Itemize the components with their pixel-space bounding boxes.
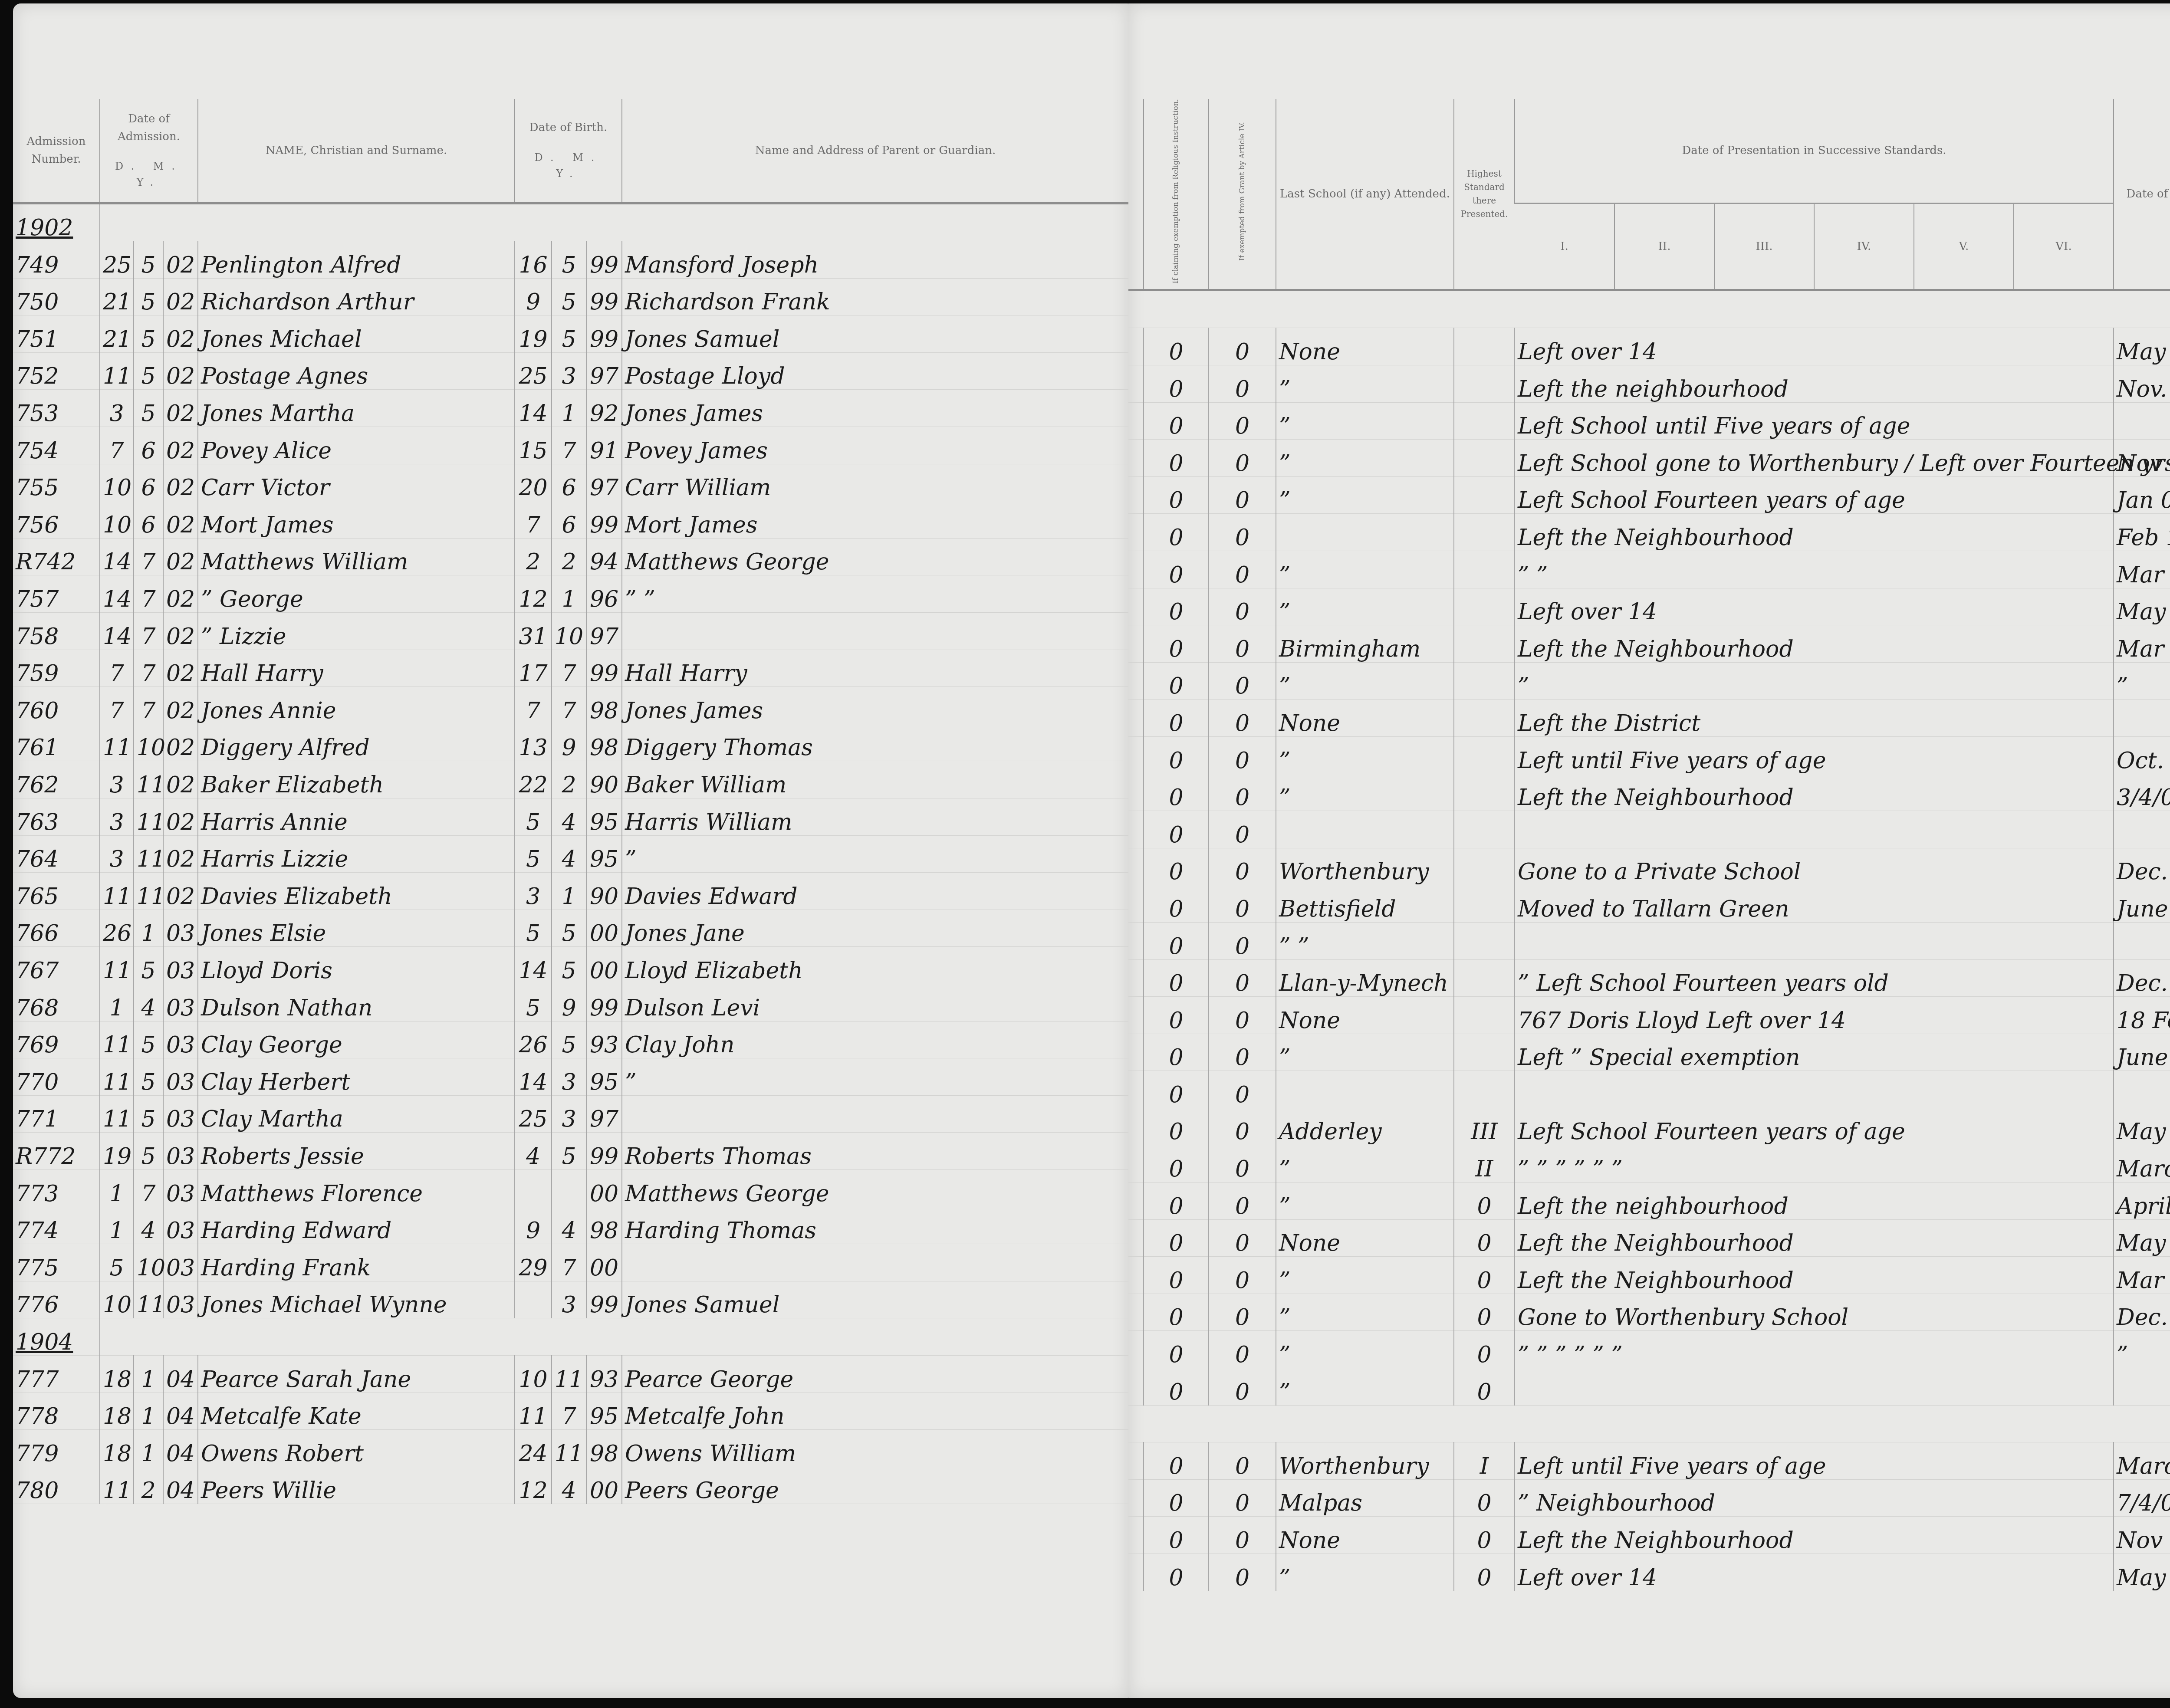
register-row: 00”0Gone to Worthenbury SchoolDec. 1903: [1128, 1294, 2170, 1331]
margin-cell: [1128, 1182, 1144, 1220]
date-of-leaving: March 19/09: [2114, 1145, 2170, 1182]
birth-year: 99: [586, 241, 622, 279]
leaving-remark: Left ” Special exemption: [1515, 1034, 2114, 1071]
birth-day: 16: [515, 241, 552, 279]
religious-exemption: 0: [1144, 365, 1209, 403]
date-of-leaving: Dec. 1903: [2114, 1294, 2170, 1331]
admission-year: 02: [163, 464, 198, 501]
admission-month: 7: [134, 650, 163, 687]
grant-exemption: 0: [1209, 997, 1276, 1034]
pupil-name: Carr Victor: [198, 464, 515, 501]
admission-number: 777: [13, 1355, 100, 1393]
admission-year: 03: [163, 910, 198, 947]
admission-number: 773: [13, 1169, 100, 1207]
empty-cell: [1128, 1405, 2170, 1442]
religious-exemption: 0: [1144, 551, 1209, 588]
birth-year: 00: [586, 1467, 622, 1504]
admission-day: 18: [100, 1393, 134, 1430]
col-religious-exemption: If claiming exemption from Religious Ins…: [1144, 99, 1209, 290]
date-of-leaving: ”: [2114, 1331, 2170, 1368]
pupil-name: Owens Robert: [198, 1430, 515, 1467]
grant-exemption: 0: [1209, 811, 1276, 848]
register-row: 76911503Clay George26593Clay John: [13, 1021, 1128, 1058]
register-row: 7731703Matthews Florence00Matthews Georg…: [13, 1169, 1128, 1207]
religious-exemption: 0: [1144, 1554, 1209, 1591]
birth-year: 95: [586, 835, 622, 873]
admission-year: 02: [163, 427, 198, 464]
admission-number: 758: [13, 613, 100, 650]
admission-year: 02: [163, 724, 198, 761]
admission-year: 03: [163, 1021, 198, 1058]
admission-year: 02: [163, 613, 198, 650]
highest-standard: 0: [1454, 1479, 1515, 1517]
admission-year: 03: [163, 984, 198, 1021]
admission-day: 10: [100, 1281, 134, 1318]
date-of-leaving: [2114, 1368, 2170, 1406]
register-row: 00”0: [1128, 1368, 2170, 1406]
leaving-remark: Left over 14: [1515, 1554, 2114, 1591]
highest-standard: 0: [1454, 1182, 1515, 1220]
religious-exemption: 0: [1144, 1145, 1209, 1182]
admission-month: 11: [134, 835, 163, 873]
last-school: Adderley: [1276, 1108, 1454, 1145]
parent-guardian: Baker William: [622, 761, 1128, 798]
admission-number: 760: [13, 687, 100, 724]
margin-cell: [1128, 1108, 1144, 1145]
register-left-table: Admission Number. Date of Admission.D. M…: [13, 99, 1128, 1504]
religious-exemption: 0: [1144, 736, 1209, 774]
register-row: 00”0Left over 14May /14: [1128, 1554, 2170, 1591]
admission-year: 02: [163, 352, 198, 390]
parent-guardian: Jones Jane: [622, 910, 1128, 947]
admission-month: 5: [134, 1058, 163, 1096]
birth-month: 5: [552, 278, 586, 315]
register-row: 00None0Left the NeighbourhoodMay 03: [1128, 1219, 2170, 1257]
col-standard-3: III.: [1714, 203, 1814, 290]
highest-standard: [1454, 588, 1515, 625]
register-row: 00NoneLeft over 14May 16/13: [1128, 328, 2170, 365]
date-of-leaving: [2114, 811, 2170, 848]
grant-exemption: 0: [1209, 1034, 1276, 1071]
admission-month: 11: [134, 873, 163, 910]
birth-day: 9: [515, 278, 552, 315]
empty-cell: [100, 1318, 1128, 1356]
register-row: 74925502Penlington Alfred16599Mansford J…: [13, 241, 1128, 279]
parent-guardian: ”: [622, 1058, 1128, 1096]
birth-day: 25: [515, 1095, 552, 1133]
empty-cell: [100, 203, 1128, 241]
birth-month: 4: [552, 1467, 586, 1504]
parent-guardian: Carr William: [622, 464, 1128, 501]
date-of-leaving: Feb 1903: [2114, 514, 2170, 551]
highest-standard: [1454, 440, 1515, 477]
admission-year: 04: [163, 1393, 198, 1430]
leaving-remark: [1515, 1368, 2114, 1406]
date-of-leaving: Mar 1905: [2114, 625, 2170, 663]
leaving-remark: Left the neighbourhood: [1515, 1182, 2114, 1220]
grant-exemption: 0: [1209, 1368, 1276, 1406]
admission-day: 11: [100, 352, 134, 390]
leaving-remark: Left until Five years of age: [1515, 1442, 2114, 1480]
admission-number: 771: [13, 1095, 100, 1133]
admission-year: 03: [163, 1244, 198, 1281]
admission-month: 5: [134, 390, 163, 427]
admission-number: 755: [13, 464, 100, 501]
grant-exemption: 0: [1209, 736, 1276, 774]
admission-month: 2: [134, 1467, 163, 1504]
col-standards: Date of Presentation in Successive Stand…: [1515, 99, 2114, 203]
highest-standard: [1454, 365, 1515, 403]
birth-year: 94: [586, 538, 622, 575]
birth-month: 3: [552, 1281, 586, 1318]
date-of-leaving: Nov 30, 06: [2114, 1517, 2170, 1554]
admission-day: 7: [100, 650, 134, 687]
pupil-name: Dulson Nathan: [198, 984, 515, 1021]
admission-day: 21: [100, 278, 134, 315]
last-school: None: [1276, 1219, 1454, 1257]
birth-day: 7: [515, 687, 552, 724]
birth-day: 15: [515, 427, 552, 464]
birth-month: 10: [552, 613, 586, 650]
birth-day: 2: [515, 538, 552, 575]
margin-cell: [1128, 774, 1144, 811]
grant-exemption: 0: [1209, 662, 1276, 700]
highest-standard: [1454, 662, 1515, 700]
pupil-name: Baker Elizabeth: [198, 761, 515, 798]
admission-day: 11: [100, 947, 134, 984]
margin-cell: [1128, 514, 1144, 551]
admission-day: 14: [100, 575, 134, 613]
admission-month: 1: [134, 910, 163, 947]
religious-exemption: 0: [1144, 1368, 1209, 1406]
last-school: ”: [1276, 476, 1454, 514]
religious-exemption: 0: [1144, 922, 1209, 959]
leaving-remark: Left the Neighbourhood: [1515, 774, 2114, 811]
admission-year: 03: [163, 1133, 198, 1170]
date-of-leaving: March 04: [2114, 1442, 2170, 1480]
admission-month: 7: [134, 613, 163, 650]
register-row: 00Malpas0” Neighbourhood7/4/08: [1128, 1479, 2170, 1517]
register-row: 7607702Jones Annie7798Jones James: [13, 687, 1128, 724]
margin-cell: [1128, 848, 1144, 885]
pupil-name: Metcalfe Kate: [198, 1393, 515, 1430]
date-of-leaving: Dec. 1905: [2114, 959, 2170, 997]
col-parent-guardian: Name and Address of Parent or Guardian.: [622, 99, 1128, 203]
register-row: 00WorthenburyILeft until Five years of a…: [1128, 1442, 2170, 1480]
parent-guardian: Mort James: [622, 501, 1128, 539]
admission-year: 02: [163, 873, 198, 910]
birth-day: 29: [515, 1244, 552, 1281]
date-of-leaving: Mar 1905: [2114, 1257, 2170, 1294]
birth-day: 22: [515, 761, 552, 798]
parent-guardian: [622, 613, 1128, 650]
margin-cell: [1128, 662, 1144, 700]
highest-standard: [1454, 811, 1515, 848]
register-row: 00None0Left the NeighbourhoodNov 30, 06: [1128, 1517, 2170, 1554]
register-row: 7533502Jones Martha14192Jones James: [13, 390, 1128, 427]
pupil-name: Jones Michael Wynne: [198, 1281, 515, 1318]
birth-year: 00: [586, 1169, 622, 1207]
date-of-leaving: May 07: [2114, 1108, 2170, 1145]
parent-guardian: Harris William: [622, 798, 1128, 836]
last-school: Llan-y-Mynech: [1276, 959, 1454, 997]
birth-day: 5: [515, 835, 552, 873]
leaving-remark: [1515, 811, 2114, 848]
last-school: None: [1276, 997, 1454, 1034]
birth-day: 14: [515, 390, 552, 427]
parent-guardian: [622, 1244, 1128, 1281]
admission-day: 14: [100, 613, 134, 650]
col-standard-5: V.: [1914, 203, 2014, 290]
birth-month: 11: [552, 1430, 586, 1467]
pupil-name: Jones Martha: [198, 390, 515, 427]
grant-exemption: 0: [1209, 1442, 1276, 1480]
col-margin: [1128, 99, 1144, 290]
register-row: 00: [1128, 1071, 2170, 1108]
admission-year: 02: [163, 835, 198, 873]
birth-day: 12: [515, 575, 552, 613]
admission-month: 6: [134, 427, 163, 464]
birth-month: 1: [552, 873, 586, 910]
leaving-remark: Left until Five years of age: [1515, 736, 2114, 774]
birth-month: 7: [552, 650, 586, 687]
last-school: [1276, 514, 1454, 551]
pupil-name: ” George: [198, 575, 515, 613]
admission-number: 780: [13, 1467, 100, 1504]
left-page: Admission Number. Date of Admission.D. M…: [13, 3, 1128, 1698]
highest-standard: [1454, 1034, 1515, 1071]
leaving-remark: Gone to Worthenbury School: [1515, 1294, 2114, 1331]
religious-exemption: 0: [1144, 811, 1209, 848]
birth-year: 97: [586, 1095, 622, 1133]
birth-year: 92: [586, 390, 622, 427]
pupil-name: Lloyd Doris: [198, 947, 515, 984]
pupil-name: Matthews Florence: [198, 1169, 515, 1207]
birth-month: 11: [552, 1355, 586, 1393]
register-row: 75714702” George12196” ”: [13, 575, 1128, 613]
birth-day: 10: [515, 1355, 552, 1393]
register-row: 7597702Hall Harry17799Hall Harry: [13, 650, 1128, 687]
register-row: 7681403Dulson Nathan5999Dulson Levi: [13, 984, 1128, 1021]
leaving-remark: Left the Neighbourhood: [1515, 514, 2114, 551]
register-row: 00”0Left the neighbourhoodApril 21/10: [1128, 1182, 2170, 1220]
margin-cell: [1128, 328, 1144, 365]
admission-month: 1: [134, 1355, 163, 1393]
admission-month: 6: [134, 464, 163, 501]
birth-day: 26: [515, 1021, 552, 1058]
last-school: ”: [1276, 1145, 1454, 1182]
highest-standard: 0: [1454, 1219, 1515, 1257]
birth-month: 3: [552, 1058, 586, 1096]
parent-guardian: Dulson Levi: [622, 984, 1128, 1021]
register-row: 00”Left School gone to Worthenbury / Lef…: [1128, 440, 2170, 477]
pupil-name: Mort James: [198, 501, 515, 539]
admission-number: R772: [13, 1133, 100, 1170]
religious-exemption: 0: [1144, 328, 1209, 365]
admission-month: 7: [134, 1169, 163, 1207]
highest-standard: 0: [1454, 1368, 1515, 1406]
parent-guardian: Metcalfe John: [622, 1393, 1128, 1430]
last-school: ”: [1276, 402, 1454, 440]
admission-year: 02: [163, 501, 198, 539]
birth-day: 17: [515, 650, 552, 687]
admission-day: 7: [100, 687, 134, 724]
admission-number: 752: [13, 352, 100, 390]
religious-exemption: 0: [1144, 476, 1209, 514]
margin-cell: [1128, 402, 1144, 440]
religious-exemption: 0: [1144, 848, 1209, 885]
birth-month: 5: [552, 241, 586, 279]
register-row: 78011204Peers Willie12400Peers George: [13, 1467, 1128, 1504]
last-school: ”: [1276, 588, 1454, 625]
highest-standard: 0: [1454, 1517, 1515, 1554]
margin-cell: [1128, 736, 1144, 774]
admission-month: 1: [134, 1393, 163, 1430]
admission-number: 768: [13, 984, 100, 1021]
margin-cell: [1128, 811, 1144, 848]
admission-day: 11: [100, 1095, 134, 1133]
margin-cell: [1128, 1034, 1144, 1071]
margin-cell: [1128, 1294, 1144, 1331]
leaving-remark: 767 Doris Lloyd Left over 14: [1515, 997, 2114, 1034]
leaving-remark: Left School Fourteen years of age: [1515, 476, 2114, 514]
religious-exemption: 0: [1144, 997, 1209, 1034]
admission-number: 770: [13, 1058, 100, 1096]
admission-month: 4: [134, 984, 163, 1021]
leaving-remark: ” Neighbourhood: [1515, 1479, 2114, 1517]
birth-month: 5: [552, 947, 586, 984]
last-school: None: [1276, 1517, 1454, 1554]
admission-number: 766: [13, 910, 100, 947]
margin-cell: [1128, 365, 1144, 403]
birth-month: 3: [552, 352, 586, 390]
leaving-remark: Left the Neighbourhood: [1515, 1257, 2114, 1294]
admission-day: 1: [100, 984, 134, 1021]
register-row: 00”””: [1128, 662, 2170, 700]
empty-cell: [1128, 290, 2170, 328]
religious-exemption: 0: [1144, 1257, 1209, 1294]
admission-number: 762: [13, 761, 100, 798]
grant-exemption: 0: [1209, 1257, 1276, 1294]
register-row: 00: [1128, 811, 2170, 848]
register-row: 00” ”: [1128, 922, 2170, 959]
pupil-name: Penlington Alfred: [198, 241, 515, 279]
last-school: ”: [1276, 736, 1454, 774]
date-of-leaving: [2114, 700, 2170, 737]
admission-number: 761: [13, 724, 100, 761]
birth-day: 5: [515, 910, 552, 947]
parent-guardian: Diggery Thomas: [622, 724, 1128, 761]
register-row: 00”Left School Fourteen years of ageJan …: [1128, 476, 2170, 514]
last-school: ”: [1276, 551, 1454, 588]
pupil-name: Povey Alice: [198, 427, 515, 464]
pupil-name: Diggery Alfred: [198, 724, 515, 761]
year-marker: 1904: [13, 1318, 100, 1356]
highest-standard: I: [1454, 1442, 1515, 1480]
year-marker: 1902: [13, 203, 100, 241]
admission-number: 753: [13, 390, 100, 427]
admission-day: 11: [100, 1021, 134, 1058]
margin-cell: [1128, 1368, 1144, 1406]
register-row: 77011503Clay Herbert14395”: [13, 1058, 1128, 1096]
pupil-name: Pearce Sarah Jane: [198, 1355, 515, 1393]
col-date-of-birth: Date of Birth.D. M. Y.: [515, 99, 622, 203]
register-row: 75814702” Lizzie311097: [13, 613, 1128, 650]
parent-guardian: Mansford Joseph: [622, 241, 1128, 279]
birth-day: [515, 1169, 552, 1207]
birth-year: 99: [586, 501, 622, 539]
margin-cell: [1128, 440, 1144, 477]
highest-standard: [1454, 700, 1515, 737]
grant-exemption: 0: [1209, 1108, 1276, 1145]
register-row: 00BirminghamLeft the NeighbourhoodMar 19…: [1128, 625, 2170, 663]
religious-exemption: 0: [1144, 625, 1209, 663]
parent-guardian: Clay John: [622, 1021, 1128, 1058]
last-school: None: [1276, 328, 1454, 365]
admission-day: 7: [100, 427, 134, 464]
religious-exemption: 0: [1144, 885, 1209, 923]
admission-month: 7: [134, 575, 163, 613]
register-row: 00BettisfieldMoved to Tallarn GreenJune …: [1128, 885, 2170, 923]
last-school: ”: [1276, 1331, 1454, 1368]
col-grant-exemption: If exempted from Grant by Article IV.: [1209, 99, 1276, 290]
pupil-name: Roberts Jessie: [198, 1133, 515, 1170]
admission-year: 03: [163, 1169, 198, 1207]
register-row: 76331102Harris Annie5495Harris William: [13, 798, 1128, 836]
highest-standard: [1454, 328, 1515, 365]
admission-year: 04: [163, 1355, 198, 1393]
grant-exemption: 0: [1209, 774, 1276, 811]
register-row: 75121502Jones Michael19599Jones Samuel: [13, 315, 1128, 353]
religious-exemption: 0: [1144, 1182, 1209, 1220]
margin-cell: [1128, 1479, 1144, 1517]
admission-day: 25: [100, 241, 134, 279]
pupil-name: Jones Michael: [198, 315, 515, 353]
admission-year: 02: [163, 315, 198, 353]
birth-month: 9: [552, 984, 586, 1021]
highest-standard: 0: [1454, 1331, 1515, 1368]
admission-number: 756: [13, 501, 100, 539]
parent-guardian: Jones James: [622, 390, 1128, 427]
admission-month: 5: [134, 1021, 163, 1058]
birth-month: 5: [552, 315, 586, 353]
margin-cell: [1128, 1145, 1144, 1182]
admission-year: 02: [163, 278, 198, 315]
leaving-remark: ” ” ” ” ” ”: [1515, 1331, 2114, 1368]
grant-exemption: 0: [1209, 1517, 1276, 1554]
birth-month: 2: [552, 538, 586, 575]
last-school: Bettisfield: [1276, 885, 1454, 923]
last-school: Malpas: [1276, 1479, 1454, 1517]
register-row: 77918104Owens Robert241198Owens William: [13, 1430, 1128, 1467]
religious-exemption: 0: [1144, 700, 1209, 737]
register-row: 00”Left School until Five years of age: [1128, 402, 2170, 440]
birth-day: 5: [515, 984, 552, 1021]
admission-number: 751: [13, 315, 100, 353]
birth-month: 9: [552, 724, 586, 761]
admission-number: 750: [13, 278, 100, 315]
register-row: 75610602Mort James7699Mort James: [13, 501, 1128, 539]
margin-cell: [1128, 625, 1144, 663]
register-row: 77818104Metcalfe Kate11795Metcalfe John: [13, 1393, 1128, 1430]
admission-day: 14: [100, 538, 134, 575]
highest-standard: II: [1454, 1145, 1515, 1182]
leaving-remark: Left School until Five years of age: [1515, 402, 2114, 440]
date-of-leaving: 3/4/09: [2114, 774, 2170, 811]
birth-year: 97: [586, 464, 622, 501]
date-of-leaving: May 1913: [2114, 588, 2170, 625]
register-row: 75021502Richardson Arthur9599Richardson …: [13, 278, 1128, 315]
